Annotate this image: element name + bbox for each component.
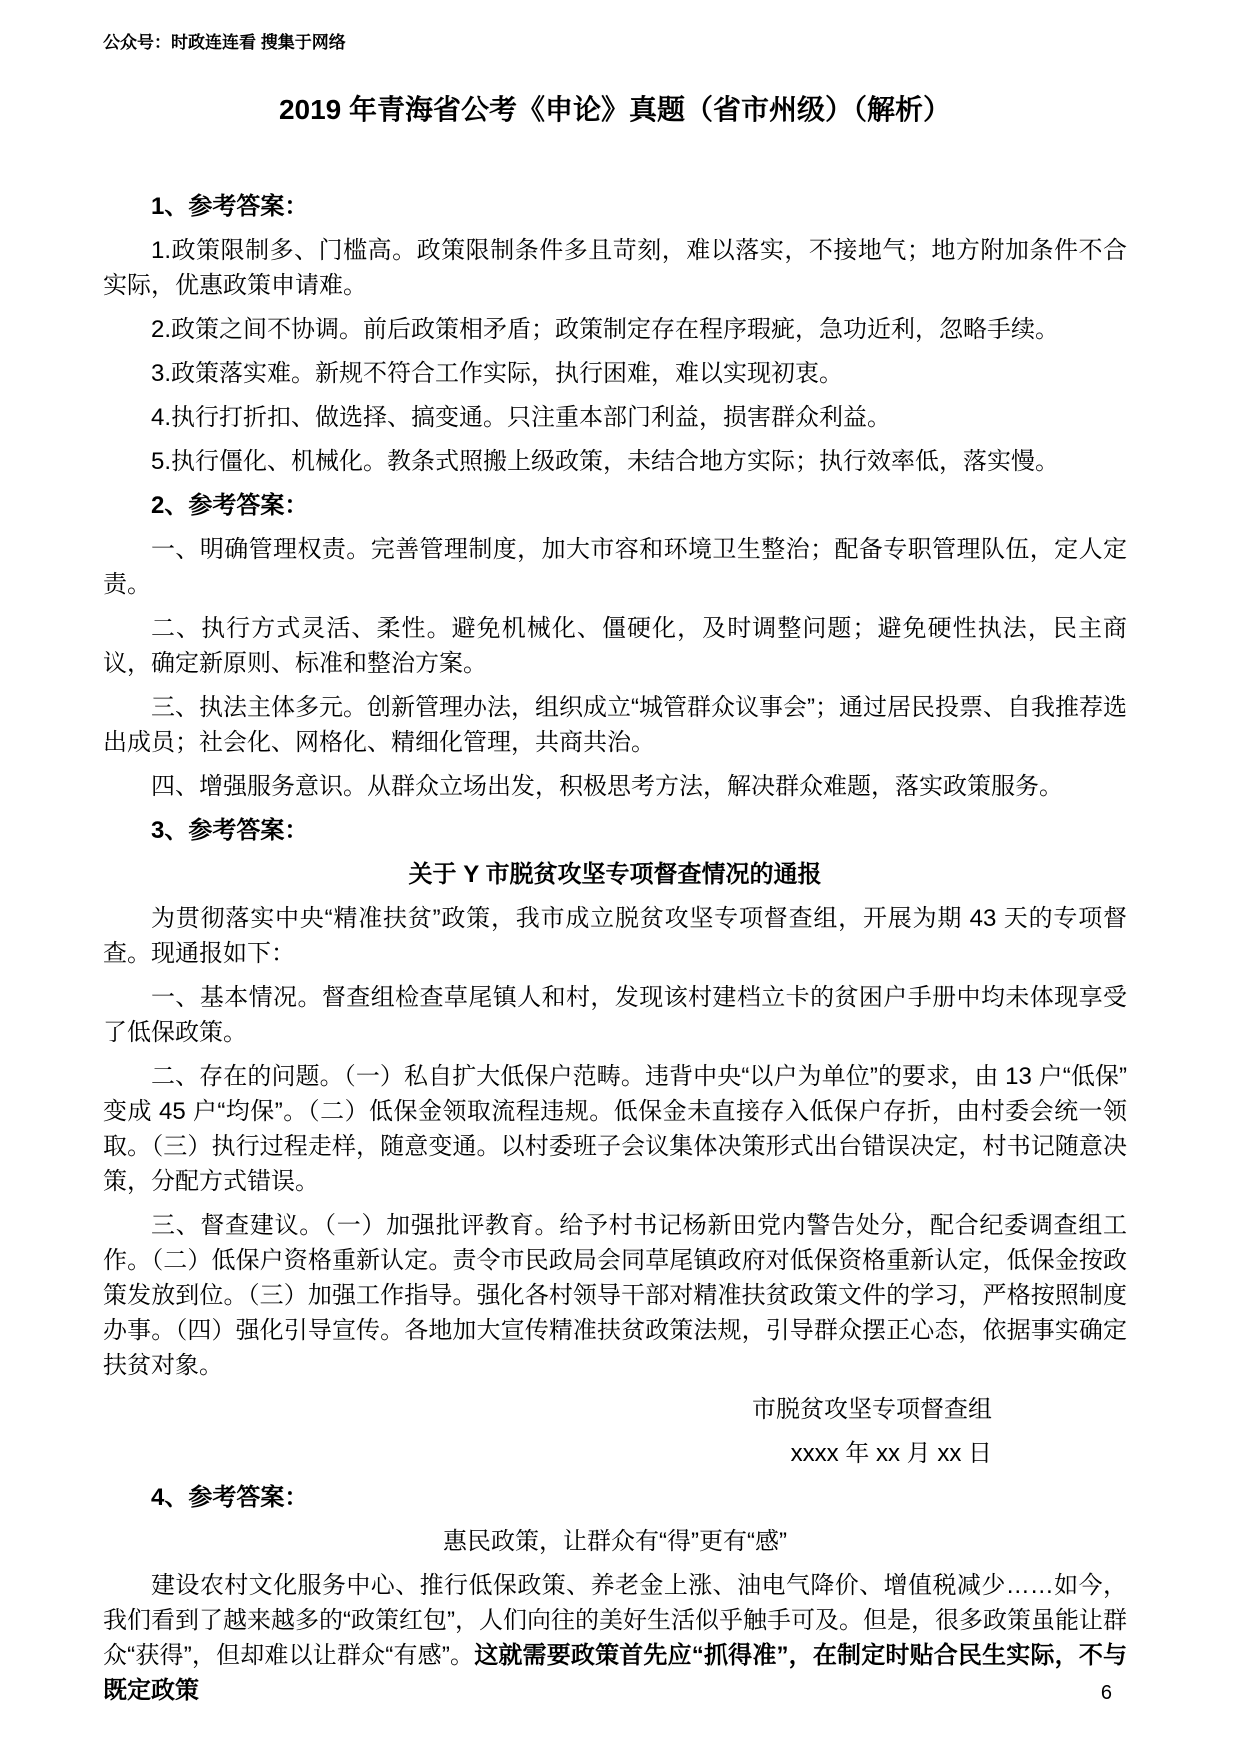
answer-paragraph: 四、增强服务意识。从群众立场出发，积极思考方法，解决群众难题，落实政策服务。 [103, 769, 1127, 804]
essay-paragraph: 建设农村文化服务中心、推行低保政策、养老金上涨、油电气降价、增值税减少……如今，… [103, 1568, 1127, 1708]
document-page: 公众号：时政连连看 搜集于网络 2019 年青海省公考《申论》真题（省市州级）（… [0, 0, 1240, 1754]
section-1-heading: 1、参考答案： [103, 189, 1127, 224]
answer-paragraph: 二、执行方式灵活、柔性。避免机械化、僵硬化，及时调整问题；避免硬性执法，民主商议… [103, 611, 1127, 681]
answer-paragraph: 3.政策落实难。新规不符合工作实际，执行困难，难以实现初衷。 [103, 356, 1127, 391]
answer-paragraph: 1.政策限制多、门槛高。政策限制条件多且苛刻，难以落实，不接地气；地方附加条件不… [103, 233, 1127, 303]
answer-paragraph: 4.执行打折扣、做选择、搞变通。只注重本部门利益，损害群众利益。 [103, 400, 1127, 435]
answer-paragraph: 5.执行僵化、机械化。教条式照搬上级政策，未结合地方实际；执行效率低，落实慢。 [103, 444, 1127, 479]
doc-body: 1、参考答案： 1.政策限制多、门槛高。政策限制条件多且苛刻，难以落实，不接地气… [103, 189, 1127, 1708]
notice-paragraph: 二、存在的问题。（一）私自扩大低保户范畴。违背中央“以户为单位”的要求，由 13… [103, 1059, 1127, 1199]
notice-paragraph: 为贯彻落实中央“精准扶贫”政策，我市成立脱贫攻坚专项督查组，开展为期 43 天的… [103, 901, 1127, 971]
section-3-heading: 3、参考答案： [103, 813, 1127, 848]
notice-paragraph: 三、督查建议。（一）加强批评教育。给予村书记杨新田党内警告处分，配合纪委调查组工… [103, 1208, 1127, 1383]
notice-signature: 市脱贫攻坚专项督查组 [103, 1392, 1127, 1427]
answer-paragraph: 一、明确管理权责。完善管理制度，加大市容和环境卫生整治；配备专职管理队伍，定人定… [103, 532, 1127, 602]
section-4-heading: 4、参考答案： [103, 1480, 1127, 1515]
notice-date: xxxx 年 xx 月 xx 日 [103, 1436, 1127, 1471]
notice-title: 关于 Y 市脱贫攻坚专项督查情况的通报 [103, 857, 1127, 892]
answer-paragraph: 三、执法主体多元。创新管理办法，组织成立“城管群众议事会”；通过居民投票、自我推… [103, 690, 1127, 760]
doc-title: 2019 年青海省公考《申论》真题（省市州级）（解析） [103, 89, 1127, 131]
page-number: 6 [1101, 1682, 1112, 1704]
answer-paragraph: 2.政策之间不协调。前后政策相矛盾；政策制定存在程序瑕疵，急功近利，忽略手续。 [103, 312, 1127, 347]
section-2-heading: 2、参考答案： [103, 488, 1127, 523]
essay-title: 惠民政策，让群众有“得”更有“感” [103, 1524, 1127, 1559]
notice-paragraph: 一、基本情况。督查组检查草尾镇人和村，发现该村建档立卡的贫困户手册中均未体现享受… [103, 980, 1127, 1050]
header-note: 公众号：时政连连看 搜集于网络 [103, 33, 1127, 53]
